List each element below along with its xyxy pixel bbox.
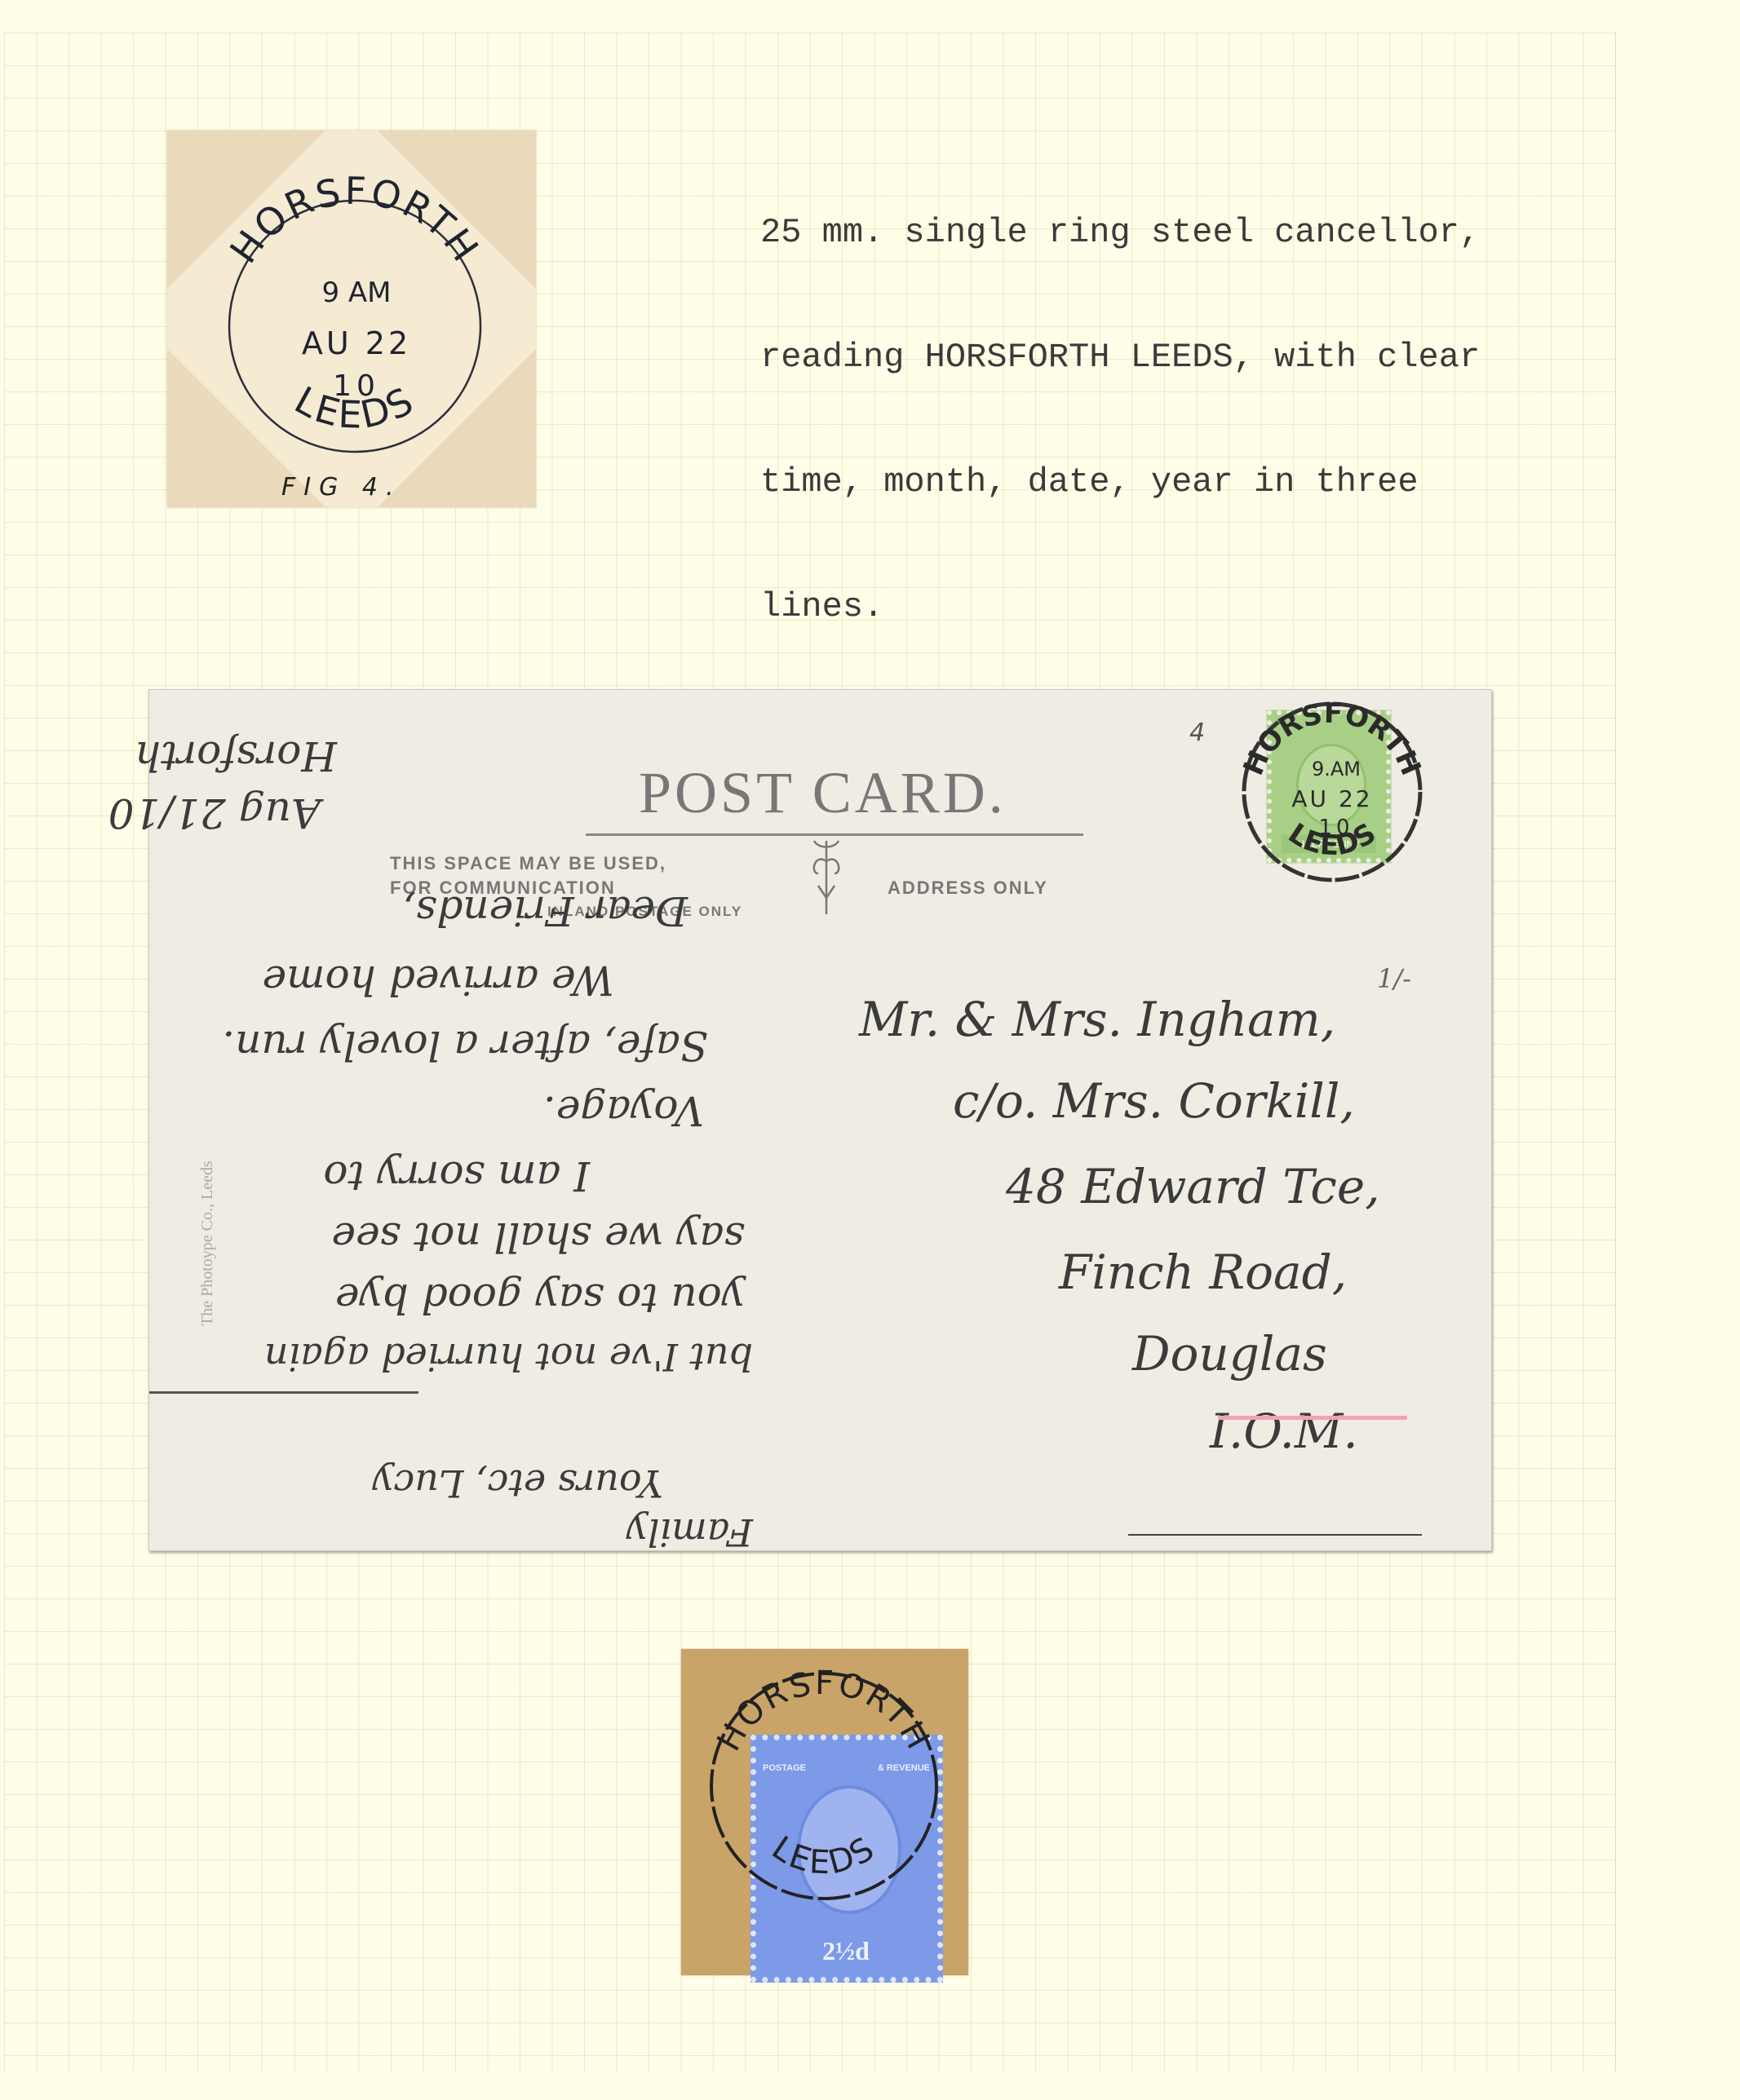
address-line: 48 Edward Tce, (1006, 1159, 1380, 1214)
address-line: Mr. & Mrs. Ingham, (859, 992, 1335, 1047)
svg-text:LEEDS: LEEDS (765, 1829, 883, 1882)
address-line: c/o. Mrs. Corkill, (953, 1073, 1355, 1129)
description-line: 25 mm. single ring steel cancellor, (760, 212, 1641, 254)
pencil-price-note: 1/- (1377, 963, 1411, 994)
postmark-town-top: HORSFORTH (221, 169, 489, 272)
piece-postmark-town-bottom: LEEDS (765, 1829, 883, 1882)
message-line: I am sorry to (323, 1152, 590, 1200)
message-line: Voyage. (543, 1087, 704, 1134)
description-line: reading HORSFORTH LEEDS, with clear (760, 337, 1641, 378)
message-line: Yours etc, Lucy (372, 1461, 663, 1505)
postcard-postmark: HORSFORTH 9.AM AU 22 10 LEEDS (1226, 694, 1438, 890)
pencil-number-note: 4 (1189, 718, 1205, 747)
postmark-time: 9 AM (321, 276, 391, 309)
message-line: Aug 21/10 (108, 789, 321, 837)
postmark-drawing: HORSFORTH 9 AM AU 22 10 LEEDS (167, 130, 536, 507)
stamp-value-label: 2½d (813, 1936, 879, 1969)
message-line: say we shall not see (331, 1214, 745, 1261)
pen-underline (1128, 1534, 1422, 1536)
description-line: time, month, date, year in three (760, 462, 1641, 503)
message-line: you to say good bye (335, 1275, 745, 1322)
piece-postmark: HORSFORTH LEEDS (681, 1665, 968, 1910)
red-crayon-underline (1218, 1416, 1407, 1420)
fig4-drawing-mount: HORSFORTH 9 AM AU 22 10 LEEDS FIG 4. (167, 130, 536, 507)
message-line: Family (626, 1510, 753, 1554)
svg-text:HORSFORTH: HORSFORTH (221, 169, 489, 272)
message-line: Dear Friends, (403, 887, 688, 935)
postcard-postmark-time: 9.AM (1312, 758, 1361, 780)
message-line: Safe, after a lovely run. (222, 1022, 708, 1069)
address-line: Finch Road, (1059, 1245, 1347, 1300)
message-upside-down: Horsforth Aug 21/10 Dear Friends, We arr… (149, 690, 753, 1550)
postmark-date: AU 22 (302, 325, 411, 361)
postcard: POST CARD. THIS SPACE MAY BE USED, FOR C… (148, 689, 1492, 1551)
message-line: but I've not hurried again (264, 1335, 753, 1379)
address-line: I.O.M. (1210, 1404, 1358, 1459)
description-text: 25 mm. single ring steel cancellor, read… (760, 129, 1641, 670)
stamp-on-piece: POSTAGE & REVENUE 2½d HORSFORTH LEEDS (681, 1649, 968, 1975)
postcard-address-label: ADDRESS ONLY (888, 878, 1048, 899)
pen-stroke-line (149, 1391, 418, 1394)
postcard-postmark-date: AU 22 (1291, 785, 1372, 812)
fleuron-ornament-icon (806, 837, 847, 918)
svg-text:HORSFORTH: HORSFORTH (710, 1665, 937, 1757)
message-line: We arrived home (263, 957, 614, 1004)
piece-postmark-town: HORSFORTH (710, 1665, 937, 1757)
description-line: lines. (760, 586, 1641, 628)
message-line: Horsforth (135, 732, 337, 780)
address-line: Douglas (1132, 1326, 1327, 1382)
fig-caption: FIG 4. (281, 473, 402, 502)
